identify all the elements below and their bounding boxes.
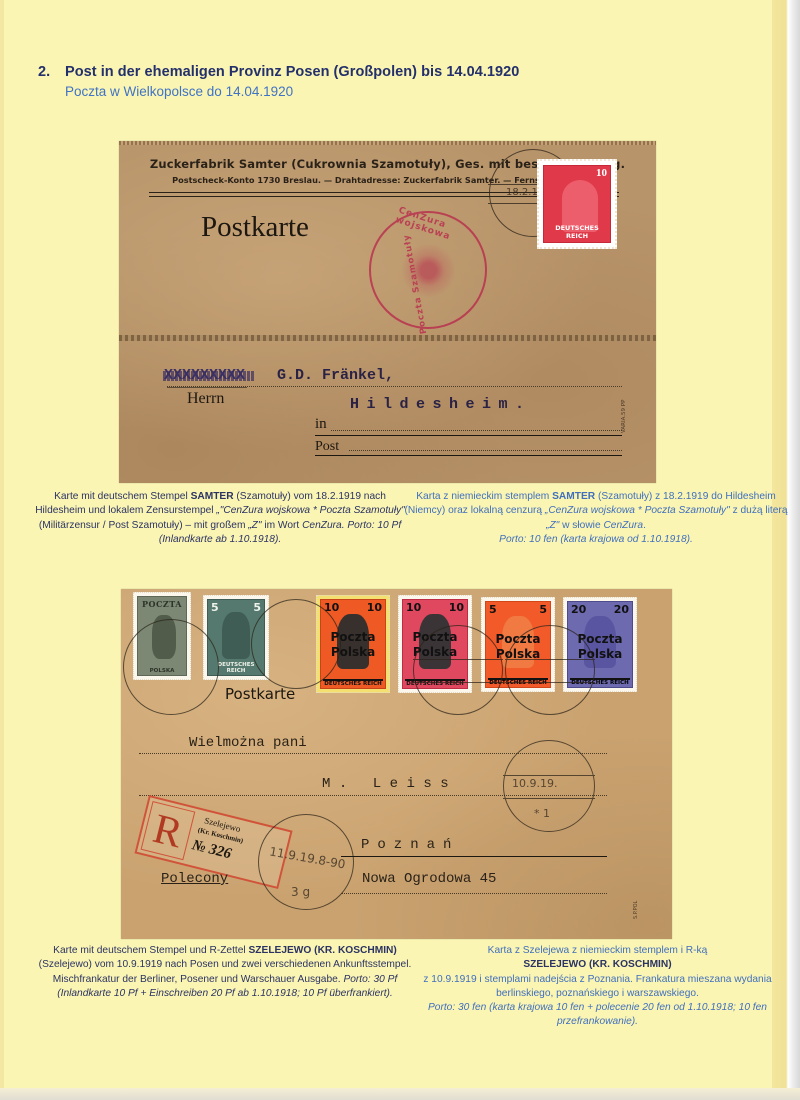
page-bottom-edge — [0, 1088, 800, 1100]
page-right-edge — [772, 0, 800, 1100]
stamp-legend: DEUTSCHES REICH — [544, 224, 610, 240]
caption-card2-pl: Karta z Szelejewa z niemieckim stemplem … — [410, 944, 795, 1030]
szelejewo-postmark — [251, 599, 341, 689]
fold-perforation — [119, 335, 656, 341]
street-address: Nowa Ogrodowa 45 — [362, 871, 496, 887]
destination-city: Hildesheim. — [350, 396, 532, 413]
germania-figure-icon — [222, 612, 250, 659]
stamp-value: 10 — [596, 167, 607, 179]
section-title-de: Post in der ehemaligen Provinz Posen (Gr… — [65, 64, 519, 80]
szelejewo-postmark — [413, 625, 503, 715]
section-title: 2.Post in der ehemaligen Provinz Posen (… — [38, 64, 519, 80]
szelejewo-postmark — [505, 625, 595, 715]
in-label: in — [315, 416, 327, 433]
postcard-samter: Zuckerfabrik Samter (Cukrownia Szamotuły… — [119, 141, 656, 483]
addressee-name: G.D. Fränkel, — [277, 367, 394, 384]
salutation: Wielmożna pani — [189, 735, 307, 751]
postkarte-heading: Postkarte — [201, 211, 309, 244]
caption-card1-de: Karte mit deutschem Stempel SAMTER (Szam… — [30, 490, 410, 547]
szelejewo-postmark — [123, 619, 219, 715]
page-left-edge — [0, 0, 4, 1100]
perforated-edge — [119, 141, 656, 145]
registered-note: Polecony — [161, 871, 228, 887]
printer-mark: S.P.POL — [633, 901, 639, 919]
postage-stamp-germania-10: 10 DEUTSCHES REICH — [537, 159, 617, 249]
caption-card1-pl: Karta z niemieckim stemplem SAMTER (Szam… — [400, 490, 800, 547]
section-title-pl: Poczta w Wielkopolsce do 14.04.1920 — [65, 84, 293, 99]
caption-card2-de: Karte mit deutschem Stempel und R-Zettel… — [30, 944, 420, 1001]
destination-city: Poznań — [361, 837, 459, 853]
arrival-postmark: 10.9.19. * 1 — [503, 740, 595, 832]
postcard-szelejewo: POCZTA POLSKA 5 5 DEUTSCHES REICH 10 10 … — [121, 589, 672, 939]
postkarte-heading: Postkarte — [225, 685, 295, 703]
registered-r-letter: R — [141, 801, 196, 860]
poznan-postmark: 11.9.19.8-90 3 g — [258, 814, 354, 910]
salutation: Herrn — [187, 390, 224, 408]
post-label: Post — [315, 439, 339, 455]
addressee-name: M. Leiss — [322, 776, 457, 792]
section-number: 2. — [38, 64, 65, 80]
censor-stamp: CenZura wojskowa Poczta Szamotuły — [369, 211, 487, 329]
printer-mark: VARIA.59 PP — [621, 400, 627, 433]
struck-text: XXXXXXXXX — [164, 367, 245, 384]
